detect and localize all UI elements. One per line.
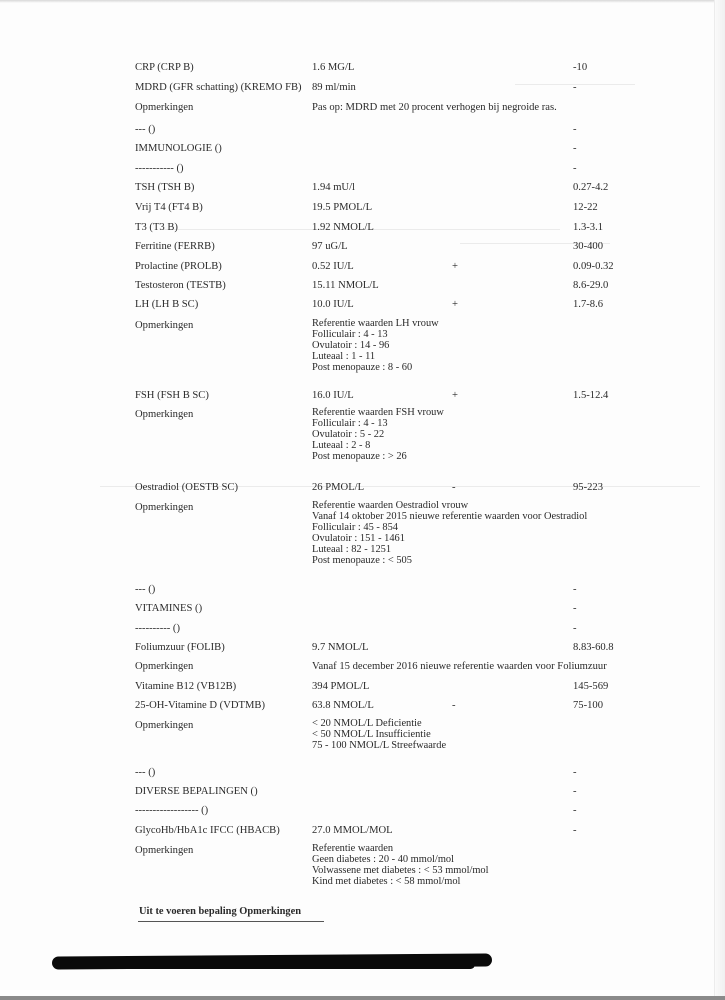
test-name: ---------- () [135, 623, 180, 635]
reference-range: - [573, 767, 577, 779]
reference-range: 0.09-0.32 [573, 261, 614, 273]
reference-range: - [573, 163, 577, 175]
test-name: Vitamine B12 (VB12B) [135, 681, 236, 693]
test-result: 394 PMOL/L [312, 681, 369, 693]
section-title: DIVERSE BEPALINGEN () [135, 786, 258, 798]
remark-text: Pas op: MDRD met 20 procent verhogen bij… [312, 102, 557, 114]
test-name: Testosteron (TESTB) [135, 280, 226, 292]
reference-range: 30-400 [573, 241, 603, 253]
test-name: ------------------ () [135, 805, 208, 817]
test-result: 1.92 NMOL/L [312, 222, 374, 234]
reference-range: 75-100 [573, 700, 603, 712]
test-name: --- () [135, 584, 155, 596]
remark-label: Opmerkingen [135, 845, 193, 857]
test-result: 26 PMOL/L [312, 482, 364, 494]
test-name: LH (LH B SC) [135, 299, 198, 311]
reference-range: - [573, 825, 577, 837]
footer-rule [138, 921, 324, 922]
scan-edge-right [714, 0, 725, 1000]
reference-range: 1.5-12.4 [573, 390, 608, 402]
test-name: Vrij T4 (FT4 B) [135, 202, 203, 214]
reference-range: -10 [573, 62, 587, 74]
test-name: TSH (TSH B) [135, 182, 194, 194]
test-result: 9.7 NMOL/L [312, 642, 369, 654]
reference-range: - [573, 143, 577, 155]
test-result: 63.8 NMOL/L [312, 700, 374, 712]
reference-range: 145-569 [573, 681, 608, 693]
pending-tests-heading: Uit te voeren bepaling Opmerkingen [139, 906, 301, 917]
test-result: 27.0 MMOL/MOL [312, 825, 393, 837]
test-name: Ferritine (FERRB) [135, 241, 215, 253]
reference-range: 1.3-3.1 [573, 222, 603, 234]
low-flag: - [452, 482, 456, 494]
reference-range: - [573, 603, 577, 615]
test-result: 1.6 MG/L [312, 62, 354, 74]
test-name: FSH (FSH B SC) [135, 390, 209, 402]
test-result: 0.52 IU/L [312, 261, 354, 273]
high-flag: + [452, 390, 458, 402]
reference-range: - [573, 82, 577, 94]
remark-label: Opmerkingen [135, 409, 193, 421]
test-result: 10.0 IU/L [312, 299, 354, 311]
test-name: MDRD (GFR schatting) (KREMO FB) [135, 82, 302, 94]
remark-text: Referentie waarden Geen diabetes : 20 - … [312, 843, 489, 887]
test-result: 15.11 NMOL/L [312, 280, 379, 292]
reference-range: - [573, 124, 577, 136]
test-name: CRP (CRP B) [135, 62, 194, 74]
redaction-bar [70, 960, 475, 969]
section-title: VITAMINES () [135, 603, 202, 615]
reference-range: 12-22 [573, 202, 598, 214]
remark-label: Opmerkingen [135, 720, 193, 732]
reference-range: - [573, 786, 577, 798]
reference-range: 0.27-4.2 [573, 182, 608, 194]
remark-label: Opmerkingen [135, 320, 193, 332]
high-flag: + [452, 299, 458, 311]
remark-text: Vanaf 15 december 2016 nieuwe referentie… [312, 661, 607, 673]
reference-range: 95-223 [573, 482, 603, 494]
remark-text: Referentie waarden LH vrouw Folliculair … [312, 318, 439, 373]
remark-label: Opmerkingen [135, 102, 193, 114]
test-result: 97 uG/L [312, 241, 348, 253]
reference-range: - [573, 623, 577, 635]
test-name: 25-OH-Vitamine D (VDTMB) [135, 700, 265, 712]
test-result: 1.94 mU/l [312, 182, 355, 194]
reference-range: - [573, 584, 577, 596]
test-name: --- () [135, 767, 155, 779]
test-name: ----------- () [135, 163, 184, 175]
test-result: 16.0 IU/L [312, 390, 354, 402]
test-name: Foliumzuur (FOLIB) [135, 642, 225, 654]
remark-text: < 20 NMOL/L Deficientie < 50 NMOL/L Insu… [312, 718, 446, 751]
test-name: T3 (T3 B) [135, 222, 178, 234]
reference-range: 8.83-60.8 [573, 642, 614, 654]
remark-label: Opmerkingen [135, 661, 193, 673]
test-name: GlycoHb/HbA1c IFCC (HBACB) [135, 825, 280, 837]
remark-text: Referentie waarden Oestradiol vrouw Vana… [312, 500, 587, 566]
scan-edge-top [0, 0, 725, 3]
low-flag: - [452, 700, 456, 712]
test-result: 19.5 PMOL/L [312, 202, 372, 214]
scan-edge-bottom [0, 996, 725, 1000]
section-title: IMMUNOLOGIE () [135, 143, 222, 155]
test-result: 89 ml/min [312, 82, 356, 94]
high-flag: + [452, 261, 458, 273]
test-name: Oestradiol (OESTB SC) [135, 482, 238, 494]
test-name: Prolactine (PROLB) [135, 261, 222, 273]
reference-range: 1.7-8.6 [573, 299, 603, 311]
remark-text: Referentie waarden FSH vrouw Folliculair… [312, 407, 444, 462]
remark-label: Opmerkingen [135, 502, 193, 514]
reference-range: 8.6-29.0 [573, 280, 608, 292]
reference-range: - [573, 805, 577, 817]
test-name: --- () [135, 124, 155, 136]
